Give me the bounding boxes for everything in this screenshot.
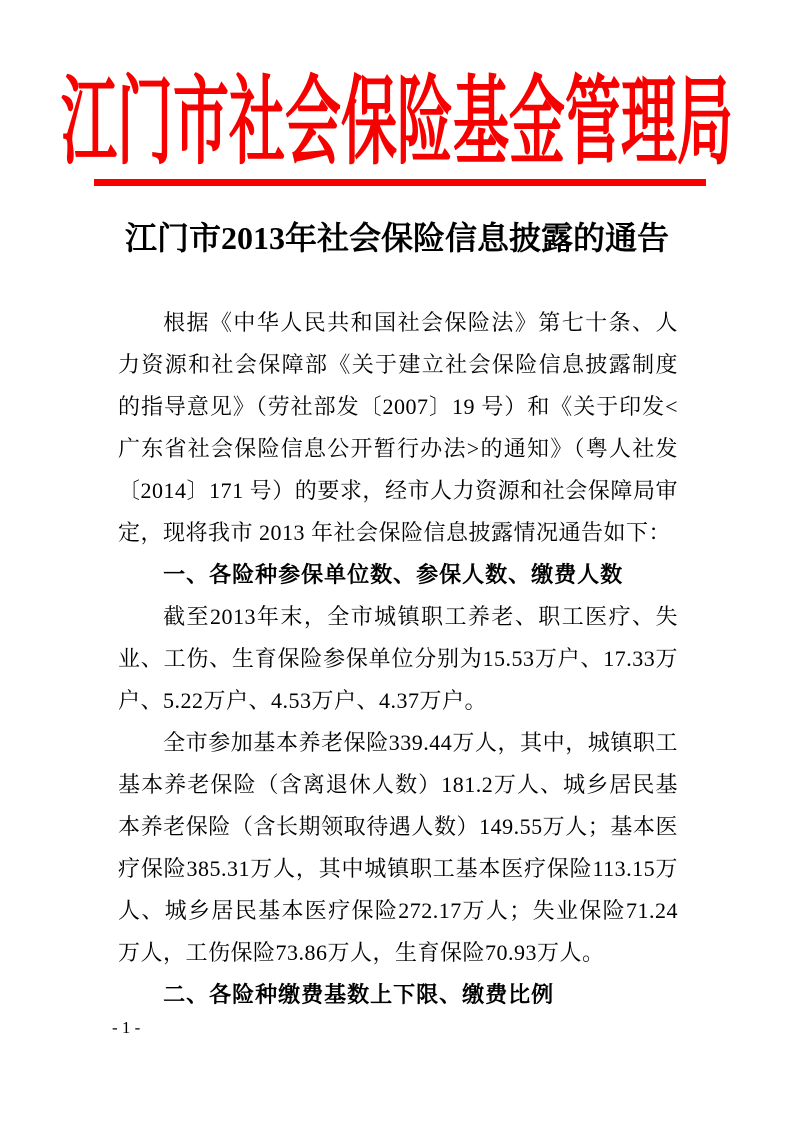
- document-page: 江门市社会保险基金管理局 江门市2013年社会保险信息披露的通告 根据《中华人民…: [0, 0, 794, 1123]
- masthead-underline: [94, 179, 706, 186]
- document-body: 根据《中华人民共和国社会保险法》第七十条、人力资源和社会保障部《关于建立社会保险…: [118, 302, 678, 1016]
- paragraph-insured-persons: 全市参加基本养老保险339.44万人，其中，城镇职工基本养老保险（含离退休人数）…: [118, 722, 678, 974]
- paragraph-insured-units: 截至2013年末，全市城镇职工养老、职工医疗、失业、工伤、生育保险参保单位分别为…: [118, 596, 678, 722]
- page-number: - 1 -: [112, 1018, 140, 1038]
- agency-masthead-title: 江门市社会保险基金管理局: [0, 76, 794, 172]
- paragraph-legal-basis: 根据《中华人民共和国社会保险法》第七十条、人力资源和社会保障部《关于建立社会保险…: [118, 302, 678, 554]
- section-heading-1: 一、各险种参保单位数、参保人数、缴费人数: [118, 554, 678, 596]
- section-heading-2: 二、各险种缴费基数上下限、缴费比例: [118, 974, 678, 1016]
- document-title: 江门市2013年社会保险信息披露的通告: [0, 221, 794, 256]
